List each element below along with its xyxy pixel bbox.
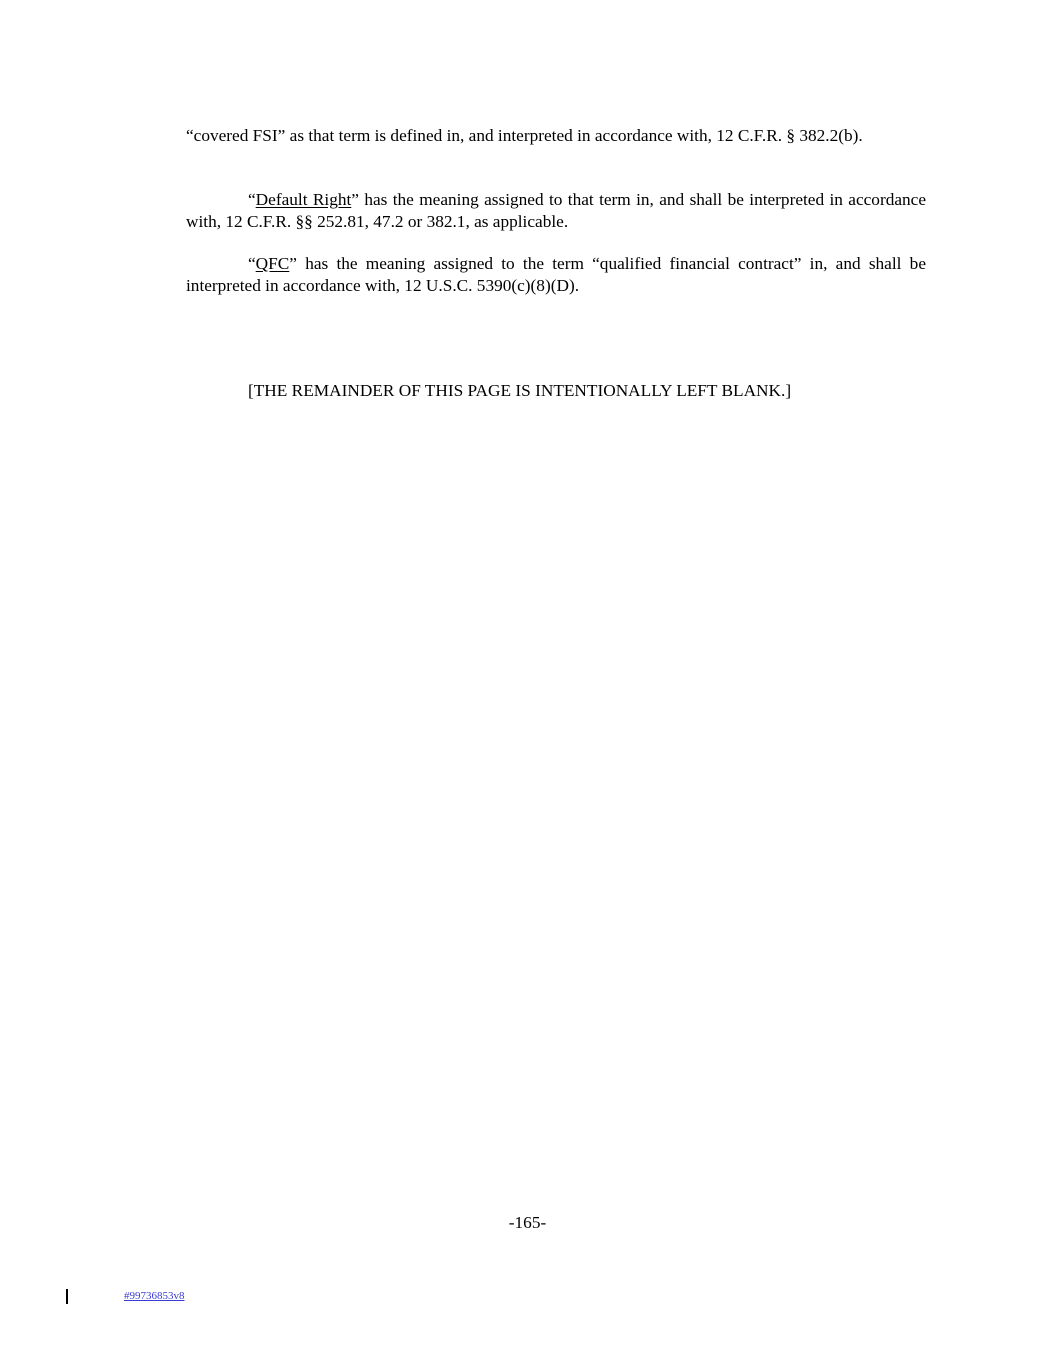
defined-term-qfc: QFC [256, 254, 290, 273]
open-quote: “ [248, 190, 256, 209]
open-quote: “ [248, 254, 256, 273]
defined-term-default-right: Default Right [256, 190, 352, 209]
page-number: -165- [0, 1212, 1055, 1234]
document-id-link[interactable]: #99736853v8 [124, 1290, 185, 1303]
paragraph-qfc-definition: “QFC” has the meaning assigned to the te… [186, 253, 926, 297]
paragraph-default-right-definition: “Default Right” has the meaning assigned… [186, 189, 926, 233]
revision-change-bar [66, 1289, 68, 1304]
intentionally-blank-notice: [THE REMAINDER OF THIS PAGE IS INTENTION… [248, 380, 868, 402]
definition-text: ” has the meaning assigned to the term “… [186, 254, 926, 295]
paragraph-covered-fsi-continuation: “covered FSI” as that term is defined in… [186, 125, 926, 147]
